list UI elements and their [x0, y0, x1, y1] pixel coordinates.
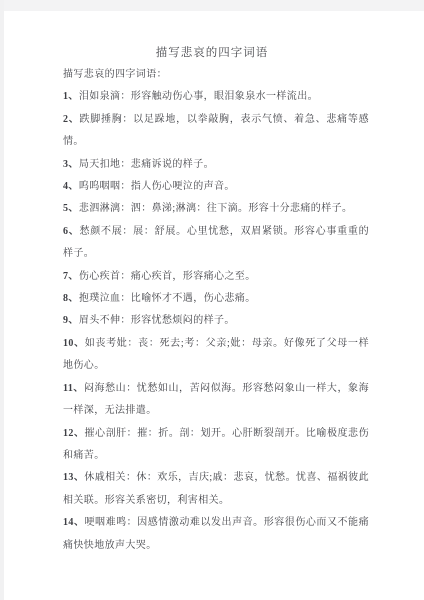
list-item: 10、如丧考妣：丧：死去;考：父亲;妣：母亲。好像死了父母一样地伤心。: [63, 333, 369, 378]
list-item: 3、局天扣地：悲痛诉说的样子。: [63, 154, 369, 176]
document-body: 描写悲哀的四字词语： 1、泪如泉滴：形容触动伤心事，眼泪象泉水一样流出。 2、跌…: [63, 64, 369, 557]
item-number: 6、: [63, 226, 79, 237]
intro-line: 描写悲哀的四字词语：: [63, 64, 369, 86]
list-item: 12、摧心剖肝：摧：折。剖：划开。心肝断裂剖开。比喻极度悲伤和痛苦。: [63, 423, 369, 468]
item-number: 9、: [63, 315, 79, 326]
item-number: 7、: [63, 271, 79, 282]
item-text: 休戚相关：休：欢乐，吉庆;戚：悲哀，忧愁。忧喜、福祸彼此相关联。形容关系密切，利…: [63, 472, 369, 505]
list-item: 5、悲泗淋漓：泗：鼻涕;淋漓：往下滴。形容十分悲痛的样子。: [63, 198, 369, 220]
list-item: 2、跌脚捶胸：以足跺地，以拳敲胸，表示气愤、着急、悲痛等感情。: [63, 109, 369, 154]
list-item: 11、闷海愁山：忧愁如山，苦闷似海。形容愁闷象山一样大，象海一样深，无法排遣。: [63, 378, 369, 423]
item-text: 哽咽难鸣：因感情激动难以发出声音。形容很伤心而又不能痛痛快快地放声大哭。: [63, 517, 369, 550]
item-text: 悲泗淋漓：泗：鼻涕;淋漓：往下滴。形容十分悲痛的样子。: [79, 203, 353, 214]
item-text: 抱璞泣血：比喻怀才不遇，伤心悲痛。: [79, 293, 256, 304]
item-number: 12、: [63, 428, 85, 439]
item-text: 泪如泉滴：形容触动伤心事，眼泪象泉水一样流出。: [79, 91, 318, 102]
list-item: 9、眉头不伸：形容忧愁烦闷的样子。: [63, 310, 369, 332]
page-edge-left: [0, 0, 4, 600]
item-number: 3、: [63, 159, 79, 170]
list-item: 4、呜呜咽咽：指人伤心哽泣的声音。: [63, 176, 369, 198]
item-number: 13、: [63, 472, 84, 483]
item-number: 8、: [63, 293, 79, 304]
item-number: 14、: [63, 517, 85, 528]
item-number: 2、: [63, 114, 79, 125]
page-edge-top: [0, 0, 424, 11]
item-text: 闷海愁山：忧愁如山，苦闷似海。形容愁闷象山一样大，象海一样深，无法排遣。: [63, 383, 369, 416]
list-item: 6、愁颜不展：展：舒展。心里忧愁，双眉紧锁。形容心事重重的样子。: [63, 221, 369, 266]
item-number: 1、: [63, 91, 79, 102]
list-item: 1、泪如泉滴：形容触动伤心事，眼泪象泉水一样流出。: [63, 86, 369, 108]
item-text: 跌脚捶胸：以足跺地，以拳敲胸，表示气愤、着急、悲痛等感情。: [63, 114, 369, 147]
item-text: 眉头不伸：形容忧愁烦闷的样子。: [79, 315, 235, 326]
page-title: 描写悲哀的四字词语: [0, 44, 424, 60]
list-item: 8、抱璞泣血：比喻怀才不遇，伤心悲痛。: [63, 288, 369, 310]
document-page: 描写悲哀的四字词语 描写悲哀的四字词语： 1、泪如泉滴：形容触动伤心事，眼泪象泉…: [0, 0, 424, 600]
list-item: 14、哽咽难鸣：因感情激动难以发出声音。形容很伤心而又不能痛痛快快地放声大哭。: [63, 512, 369, 557]
list-item: 7、伤心疾首：痛心疾首，形容痛心之至。: [63, 266, 369, 288]
item-number: 10、: [63, 338, 85, 349]
item-text: 局天扣地：悲痛诉说的样子。: [79, 159, 214, 170]
item-number: 4、: [63, 181, 79, 192]
item-text: 伤心疾首：痛心疾首，形容痛心之至。: [79, 271, 256, 282]
item-number: 11、: [63, 383, 84, 394]
item-text: 摧心剖肝：摧：折。剖：划开。心肝断裂剖开。比喻极度悲伤和痛苦。: [63, 428, 369, 461]
item-text: 愁颜不展：展：舒展。心里忧愁，双眉紧锁。形容心事重重的样子。: [63, 226, 369, 259]
list-item: 13、休戚相关：休：欢乐，吉庆;戚：悲哀，忧愁。忧喜、福祸彼此相关联。形容关系密…: [63, 467, 369, 512]
item-text: 如丧考妣：丧：死去;考：父亲;妣：母亲。好像死了父母一样地伤心。: [63, 338, 369, 371]
item-text: 呜呜咽咽：指人伤心哽泣的声音。: [79, 181, 235, 192]
item-number: 5、: [63, 203, 79, 214]
